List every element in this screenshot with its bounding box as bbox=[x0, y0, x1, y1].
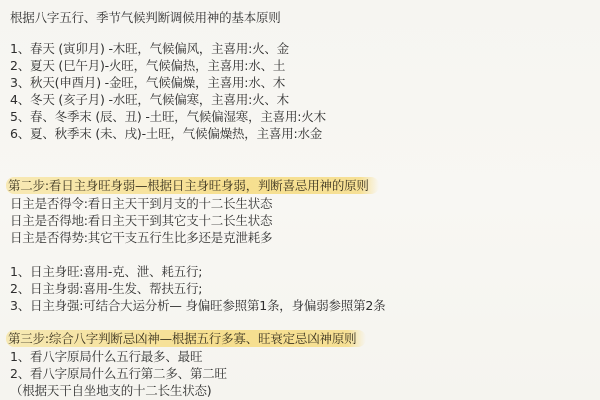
step3-heading: 第三步:综合八字判断忌凶神—根据五行多寡、旺衰定忌凶神原则 bbox=[6, 330, 366, 347]
step2-heading: 第二步:看日主身旺身弱—根据日主身旺身弱，判断喜忌用神的原则 bbox=[6, 177, 379, 194]
step3-item-1: 1、看八字原局什么五行最多、最旺 bbox=[10, 349, 202, 365]
document-page: 根据八字五行、季节气候判断调候用神的基本原则 1、春天 (寅卯月) -木旺，气候… bbox=[0, 0, 600, 400]
document-title: 根据八字五行、季节气候判断调候用神的基本原则 bbox=[10, 10, 281, 26]
season-rule-6: 6、夏、秋季末 (未、戌)-土旺，气候偏燥热，主喜用:水金 bbox=[10, 126, 322, 142]
criteria-de-shi: 日主是否得势:其它干支五行生比多还是克泄耗多 bbox=[10, 230, 272, 246]
strength-rule-2: 2、日主身弱:喜用-生发、帮扶五行; bbox=[10, 281, 202, 297]
criteria-de-ling: 日主是否得令:看日主天干到月支的十二长生状态 bbox=[10, 196, 272, 212]
step3-item-2: 2、看八字原局什么五行第二多、第二旺 bbox=[10, 366, 227, 382]
season-rule-2: 2、夏天 (巳午月)-火旺，气候偏热，主喜用:水、土 bbox=[10, 58, 285, 74]
step3-heading-wrap: 第三步:综合八字判断忌凶神—根据五行多寡、旺衰定忌凶神原则 bbox=[10, 331, 366, 347]
season-rule-3: 3、秋天(申酉月) -金旺，气候偏燥，主喜用:水、木 bbox=[10, 75, 285, 91]
step2-heading-wrap: 第二步:看日主身旺身弱—根据日主身旺身弱，判断喜忌用神的原则 bbox=[10, 178, 379, 194]
strength-rule-1: 1、日主身旺:喜用-克、泄、耗五行; bbox=[10, 264, 202, 280]
season-rule-5: 5、春、冬季末 (辰、丑) -土旺，气候偏湿寒，主喜用:火木 bbox=[10, 109, 326, 125]
criteria-de-di: 日主是否得地:看日主天干到其它支十二长生状态 bbox=[10, 213, 272, 229]
strength-rule-3: 3、日主身强:可结合大运分析— 身偏旺参照第1条，身偏弱参照第2条 bbox=[10, 298, 385, 314]
season-rule-4: 4、冬天 (亥子月) -水旺，气候偏寒，主喜用:火、木 bbox=[10, 92, 289, 108]
season-rule-1: 1、春天 (寅卯月) -木旺，气候偏风，主喜用:火、金 bbox=[10, 41, 289, 57]
step3-note: （根据天干自坐地支的十二长生状态) bbox=[10, 383, 211, 399]
